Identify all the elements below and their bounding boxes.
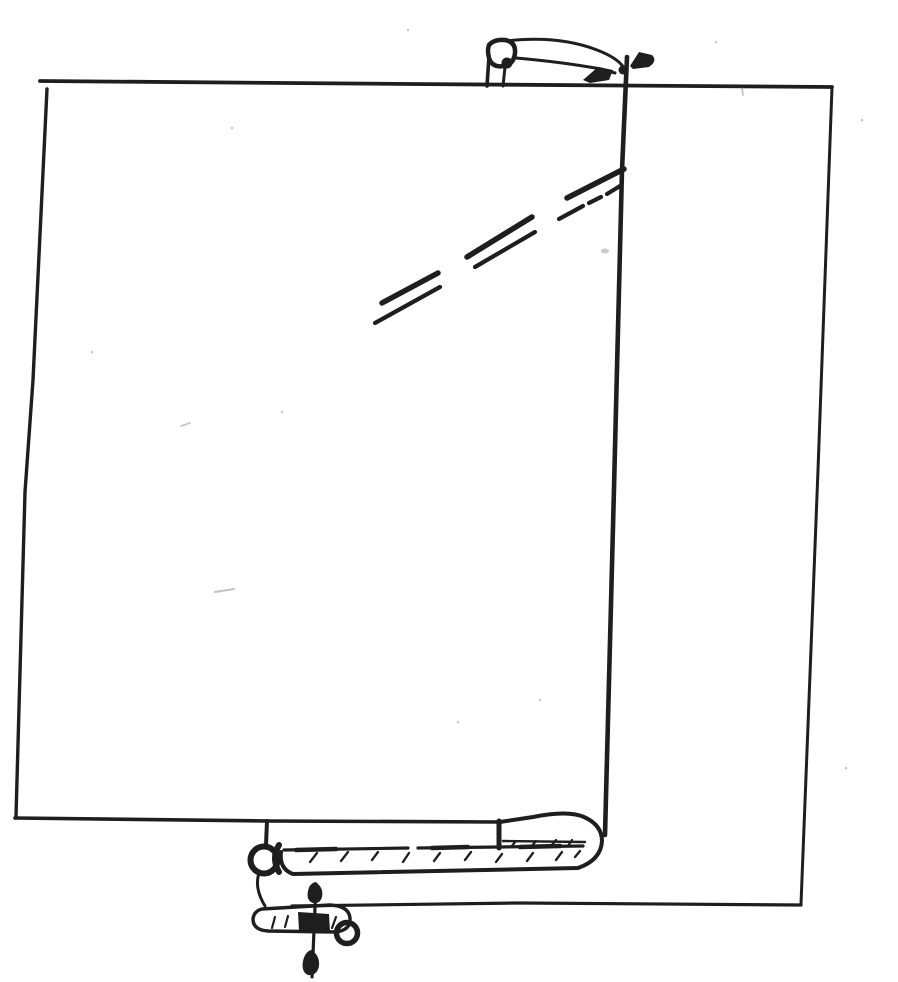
masthead-knot-right-wing [630, 52, 654, 69]
paper-faint-dash [215, 589, 234, 592]
fold-dash-line-upper [382, 169, 624, 303]
masthead-ring-blob [502, 58, 513, 69]
masthead-leg-left [487, 56, 489, 86]
left-edge-line [16, 89, 47, 816]
masthead-leg-right [503, 67, 505, 86]
gooseneck-stem-lower [257, 873, 265, 906]
foot-edge-line [15, 818, 500, 822]
masthead-knot-center [619, 66, 628, 75]
scanned-sketch-page [0, 0, 898, 982]
right-edge-line [801, 87, 832, 904]
fold-dash-line-lower [375, 186, 620, 323]
paper-specks [92, 30, 862, 768]
top-edge-line [40, 81, 832, 87]
gooseneck-stem-upper [266, 821, 267, 845]
toggle-pin-bottom-ball [303, 950, 320, 975]
toggle-pin-top-ball [308, 882, 323, 903]
hand-drawn-figure [0, 0, 898, 982]
paper-faint-dash-small [181, 423, 190, 426]
masthead-knot-left-wing [583, 67, 613, 83]
paper-faint-tick [742, 88, 743, 95]
bottom-edge-line [292, 903, 801, 906]
boom-hatch-ticks [310, 851, 580, 862]
paper-faint-pebble [601, 249, 609, 254]
